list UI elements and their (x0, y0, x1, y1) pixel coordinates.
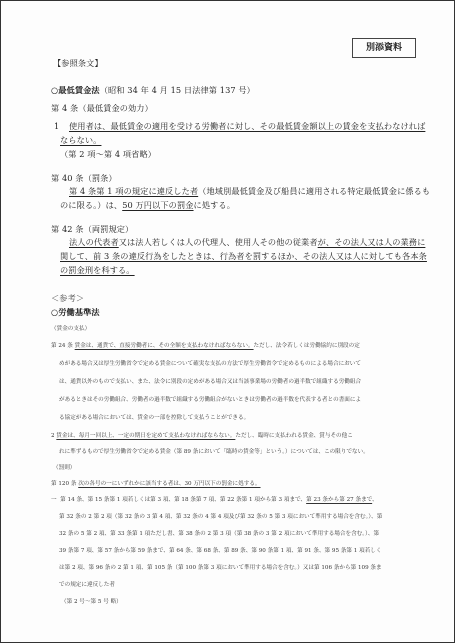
art120-omitted-note: （第 2 号～第 5 号 略） (61, 597, 122, 605)
law-citation: （昭和 34 年 4 月 15 日法律第 137 号） (100, 85, 255, 95)
art24-line4: があるときはその労働組合、労働者の過半数で組織する労働組合がないときは労働者の過… (59, 395, 361, 403)
art24-number: 第 24 条 (51, 343, 73, 349)
art40-line1-rest: （地域別最低賃金及び船員に適用される特定最低賃金に係るも (198, 186, 430, 196)
art42-line1-underlined: が、その法人又は人の業務に (318, 237, 426, 247)
art120-item1-line3: 32 条の 5 第 2 項、第 33 条第 1 項ただし書、第 38 条の 2 … (59, 529, 379, 537)
art120-item1-line5: は第 2 項、第 96 条の 2 第 1 項、第 105 条（第 100 条第 … (59, 563, 382, 571)
art120-item1-line2: 第 32 条の 2 第 2 項（第 32 条の 3 第 4 項、第 32 条の … (59, 512, 382, 520)
art40-violation-text: 第 4 条第 1 項の規定に違反した者 (69, 186, 198, 196)
art42-representative: 法人の代表者 (69, 237, 119, 247)
art120-item1-line6: での規定に違反した者 (59, 580, 115, 588)
art24-p2-line1: 2 賃金は、毎月一回以上、一定の期日を定めて支払わなければならない。ただし、臨時… (51, 431, 353, 439)
art42-heading: 第 42 条（両罰規定） (51, 224, 133, 235)
art24-line2: めがある場合又は厚生労働省令で定める賃金について確実な支払の方法で厚生労働省令で… (59, 359, 361, 367)
item-mark: 一 (51, 497, 57, 503)
penalty-caption: （罰則） (53, 463, 75, 471)
art4-text-line2: ならない。 (60, 135, 101, 146)
reference-heading: 【参照条文】 (53, 58, 103, 69)
art42-line3: の罰金刑を科する。 (60, 265, 135, 276)
art24-line5: る協定がある場合においては、賃金の一部を控除して支払うことができる。 (59, 413, 249, 421)
document-page: 別添資料 【参照条文】 ○最低賃金法（昭和 34 年 4 月 15 日法律第 1… (0, 0, 455, 643)
art42-line1: 法人の代表者又は法人若しくは人の代理人、使用人その他の従業者が、その法人又は人の… (69, 237, 425, 248)
art24-caption: （賃金の支払） (51, 324, 90, 332)
reference-label: ＜参考＞ (51, 293, 84, 304)
item1-line1-underlined: 第 23 条から第 27 条まで (306, 497, 372, 503)
item1-line1-pre: 第 14 条、第 15 条第 1 項若しくは第 3 項、第 18 条第 7 項、… (60, 497, 306, 503)
art4-omitted-note: （第 2 項～第 4 項省略） (60, 149, 156, 160)
art24-p2-line2: れに準ずるもので厚生労働省令で定める賃金（第 89 条において「臨時の賃金等」と… (59, 447, 369, 455)
art40-fine-amount: 50 万円以下の罰金 (122, 200, 193, 210)
art120-item1-line4: 39 条第 7 項、第 57 条から第 59 条まで、第 64 条、第 68 条… (59, 546, 382, 554)
art4-heading: 第 4 条（最低賃金の効力） (51, 103, 153, 114)
law-name: 労働基準法 (58, 307, 99, 317)
art24-principle: 賃金は、通貨で、直接労働者に、その全額を支払わなければならない。 (75, 343, 254, 349)
art24-p2-principle: 賃金は、毎月一回以上、一定の期日を定めて支払わなければならない。 (56, 433, 235, 439)
art40-line2: のに限る。）は、50 万円以下の罰金に処する。 (60, 200, 235, 211)
law-name: 最低賃金法 (58, 85, 99, 95)
art40-line2-post: に処する。 (194, 200, 235, 210)
art40-line1: 第 4 条第 1 項の規定に違反した者（地域別最低賃金及び船員に適用される特定最… (69, 186, 430, 197)
art120-line1: 第 120 条 次の各号の一にいずれかに該当する者は、30 万円以下の罰金に処す… (51, 479, 261, 487)
art24-p2-number: 2 (51, 433, 55, 439)
art24-p2-line1-rest: ただし、臨時に支払われる賃金、賞与その他こ (235, 433, 352, 439)
art24-line1: 第 24 条 賃金は、通貨で、直接労働者に、その全額を支払わなければならない。た… (51, 341, 360, 349)
art120-item1-line1: 一 第 14 条、第 15 条第 1 項若しくは第 3 項、第 18 条第 7 … (51, 495, 378, 503)
art42-line2: 関して、前 3 条の違反行為をしたときは、行為者を罰するほか、その法人又は人に対… (60, 251, 427, 262)
art40-heading: 第 40 条（罰条） (51, 173, 117, 184)
labor-standards-title: ○労働基準法 (51, 307, 100, 318)
item1-line1-post: 、 (372, 497, 378, 503)
art4-text-line1: 使用者は、最低賃金の適用を受ける労働者に対し、その最低賃金額以上の賃金を支払わな… (69, 121, 425, 132)
min-wage-law-title: ○最低賃金法（昭和 34 年 4 月 15 日法律第 137 号） (51, 85, 255, 96)
appendix-label: 別添資料 (352, 38, 416, 58)
art42-line1-mid: 又は法人若しくは人の代理人、使用人その他の従業者 (119, 237, 318, 247)
art4-item-number: 1 (54, 121, 59, 131)
art40-line2-pre: のに限る。）は、 (60, 200, 122, 210)
art120-number: 第 120 条 (51, 481, 76, 487)
art24-line1-rest: ただし、法令若しくは労働協約に別段の定 (254, 343, 360, 349)
art120-principle: 次の各号の一にいずれかに該当する者は、30 万円以下の罰金に処する。 (78, 481, 260, 487)
art24-line3: は、通貨以外のもので支払い、また、法令に別段の定めがある場合又は当該事業場の労働… (59, 377, 361, 385)
